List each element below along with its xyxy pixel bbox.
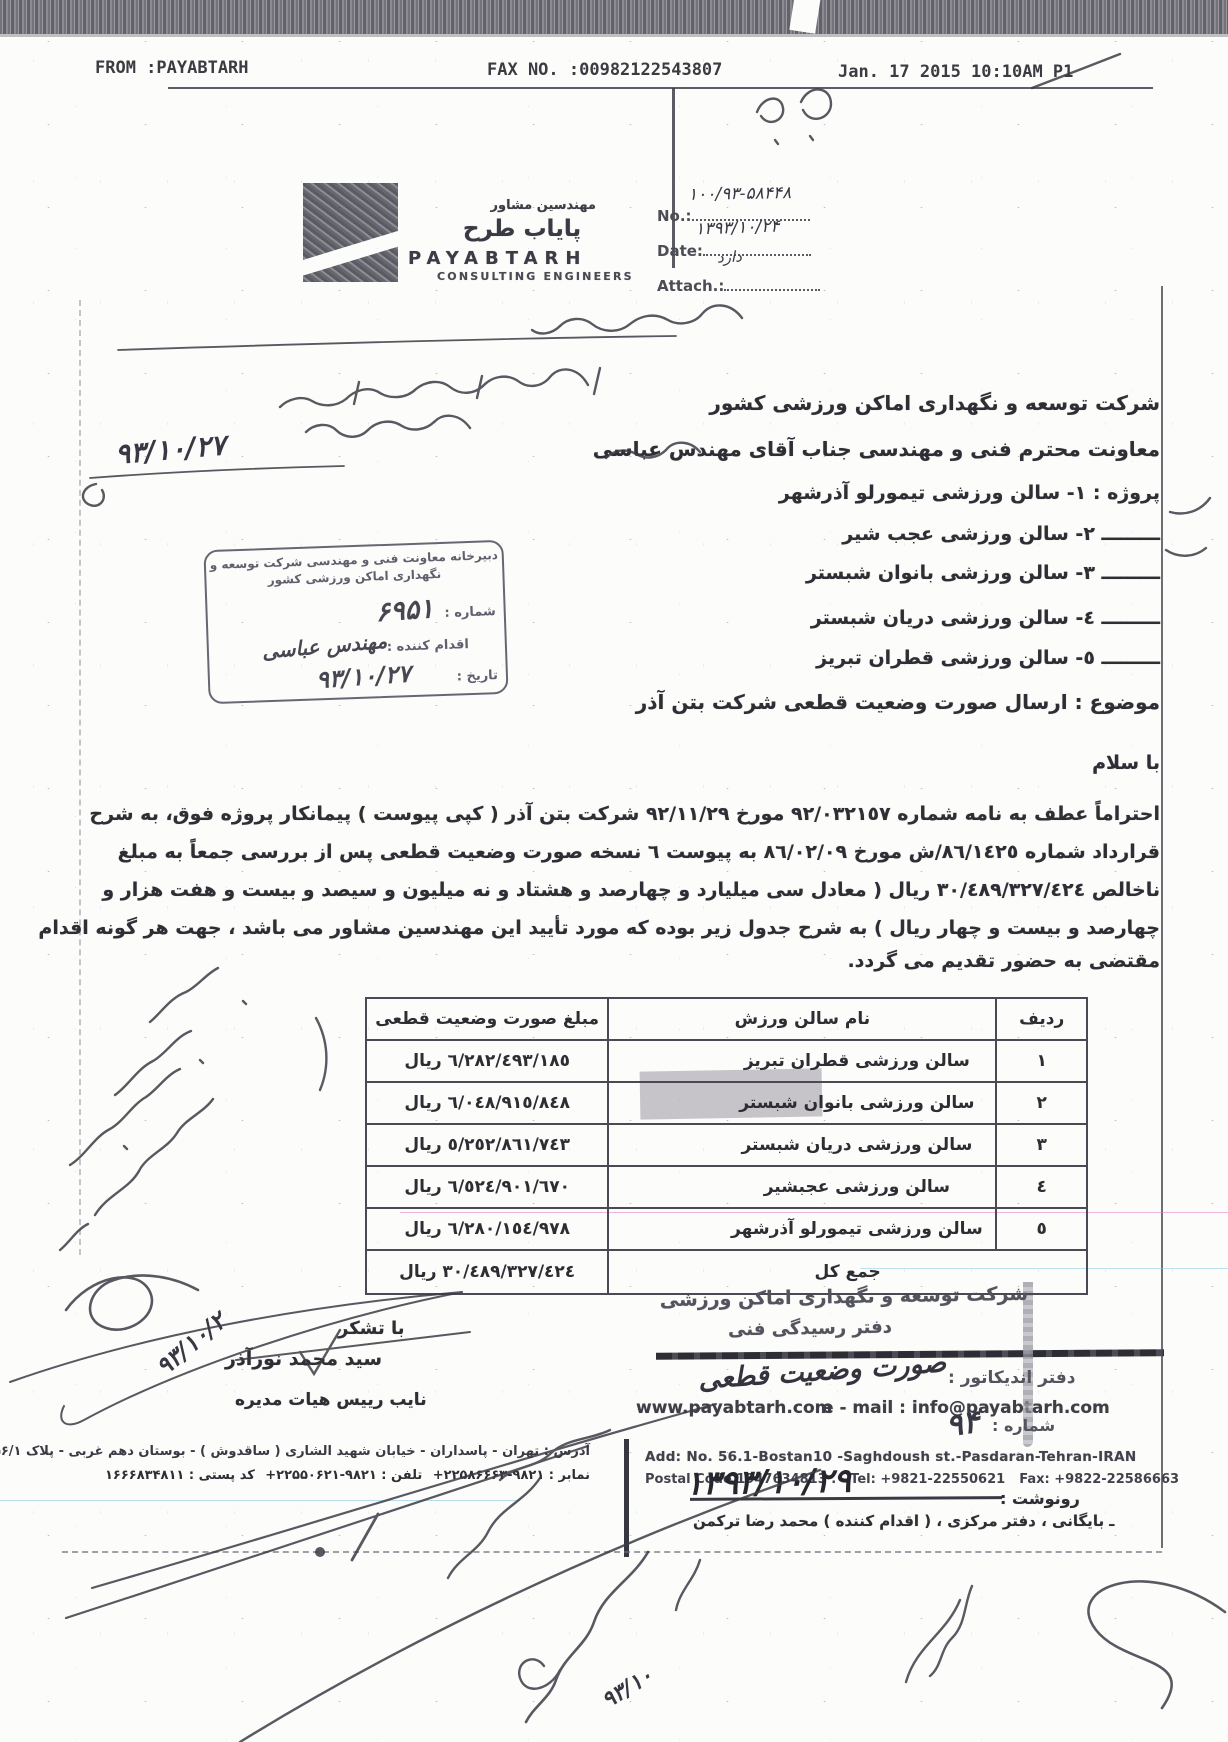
recipient-line-1: شرکت توسعه و نگهداری اماکن ورزشی کشور	[709, 391, 1160, 415]
footer-en-fax: Fax: +9822-22586663	[1019, 1472, 1179, 1487]
signature-thanks: با تشکر	[338, 1318, 405, 1339]
row3-name: سالن ورزشی دریان شبستر	[608, 1124, 996, 1166]
signature-name: سید محمد نورآذر	[225, 1348, 382, 1370]
project-line-4: ـــــــــ ٤- سالن ورزشی دریان شبستر	[811, 607, 1160, 629]
total-amount: ٣٠/٤٨٩/٣٢٧/٤٢٤ ریال	[366, 1250, 608, 1294]
footer-en-tel: Tel: +9821-22550621	[850, 1472, 1005, 1487]
date-value-handwritten: ۱۳۹۳/۱۰/۲۴	[695, 217, 780, 240]
footer-stamp-date: ۱۳۹۳/۱۰/۲۹	[685, 1461, 852, 1503]
signature-title: نایب رییس هیات مدیره	[235, 1390, 427, 1410]
date-label: Date:	[657, 242, 703, 260]
row2-name: سالن ورزشی بانوان شبستر	[608, 1082, 996, 1124]
attach-label: Attach.:	[657, 277, 724, 295]
row1-amount: ٦/٢٨٢/٤٩٣/١٨٥ ریال	[366, 1040, 608, 1082]
fax-datetime: Jan. 17 2015 10:10AM P1	[838, 62, 1073, 82]
footer-fa-fax: نمابر : ۹۸۲۱-۲۲۵۸۶۶۶۳+	[433, 1468, 590, 1483]
col-header-name: نام سالن ورزش	[608, 998, 996, 1040]
recipient-line-2: معاونت محترم فنی و مهندسی جناب آقای مهند…	[593, 437, 1160, 461]
body-line-2: قرارداد شماره ٨٦/١٤٢٥/ش مورخ ٨٦/٠٢/٠٩ به…	[118, 841, 1160, 863]
bottom-dashed-rule	[62, 1551, 1162, 1553]
row4-no: ٤	[996, 1166, 1087, 1208]
row5-no: ٥	[996, 1208, 1087, 1250]
salutation: با سلام	[1092, 752, 1160, 774]
footer-fa-codes: کد پستی : ۱۶۶۶۸۳۴۸۱۱ تلفن : ۹۸۲۱-۲۲۵۵۰۶۲…	[105, 1468, 590, 1483]
annotation-date: ۹۳/۱۰/۲۷	[114, 428, 227, 471]
logo-fa-main: پایاب طرح	[462, 216, 582, 242]
secretariat-stamp: دبیرخانه معاونت فنی و مهندسی شرکت توسعه …	[203, 540, 508, 704]
fax-number: FAX NO. :00982122543807	[487, 60, 722, 80]
fax-document-page: FROM :PAYABTARH FAX NO. :00982122543807 …	[0, 0, 1228, 1742]
bottom-hand-date: ۹۳/۱۰	[598, 1663, 658, 1714]
indicator-label: دفتر اندیکاتور :	[948, 1368, 1076, 1388]
cc-line: ـ بایگانی ، دفتر مرکزی ، ( اقدام کننده )…	[693, 1512, 1114, 1530]
stamp-number-label: شماره :	[992, 1416, 1055, 1435]
row3-amount: ٥/٢٥٢/٨٦١/٧٤٣ ریال	[366, 1124, 608, 1166]
website: www.payabtarh.com	[636, 1398, 832, 1418]
payabtarh-logo-icon	[303, 183, 398, 282]
secretariat-date-label: تاریخ :	[456, 668, 498, 684]
col-header-amount: مبلغ صورت وضعیت قطعی	[366, 998, 608, 1040]
row5-amount: ٦/٢٨٠/١٥٤/٩٧٨ ریال	[366, 1208, 608, 1250]
table-row: ٥ سالن ورزشی تیمورلو آذرشهر ٦/٢٨٠/١٥٤/٩٧…	[366, 1208, 1087, 1250]
project-line-1: پروژه : ۱- سالن ورزشی تیمورلو آذرشهر	[779, 482, 1160, 504]
logo-fa-top: مهندسین مشاور	[500, 198, 596, 213]
row5-name: سالن ورزشی تیمورلو آذرشهر	[608, 1208, 996, 1250]
row4-name: سالن ورزشی عجبشیر	[608, 1166, 996, 1208]
attach-value-handwritten: دارد	[717, 247, 743, 266]
project-line-3: ـــــــــ ۳- سالن ورزشی بانوان شبستر	[806, 562, 1160, 584]
footer-fa-postal: کد پستی : ۱۶۶۶۸۳۴۸۱۱	[105, 1468, 255, 1483]
footer-fa-address: آدرس : تهران - پاسداران - خیابان شهید ال…	[90, 1444, 590, 1459]
row2-amount: ٦/٠٤٨/٩١٥/٨٤٨ ریال	[366, 1082, 608, 1124]
body-line-5: مقتضی به حضور تقدیم می گردد.	[847, 950, 1160, 972]
stamp-number-value: ۹۴	[944, 1404, 982, 1444]
table-row: ۱ سالن ورزشی قطران تبریز ٦/٢٨٢/٤٩٣/١٨٥ ر…	[366, 1040, 1087, 1082]
col-header-row-no: ردیف	[996, 998, 1087, 1040]
row2-no: ۲	[996, 1082, 1087, 1124]
row1-name: سالن ورزشی قطران تبریز	[608, 1040, 996, 1082]
row4-amount: ٦/٥٢٤/٩٠١/٦٧٠ ریال	[366, 1166, 608, 1208]
header-rule	[168, 87, 1153, 89]
table-row: ٤ سالن ورزشی عجبشیر ٦/٥٢٤/٩٠١/٦٧٠ ریال	[366, 1166, 1087, 1208]
subject-line: موضوع : ارسال صورت وضعیت قطعی شرکت بتن آ…	[636, 690, 1160, 714]
scan-artifact-line	[0, 1500, 520, 1501]
attach-dots	[724, 276, 820, 291]
noise-notch	[789, 0, 820, 34]
row1-no: ۱	[996, 1040, 1087, 1082]
project-line-5: ـــــــــ ٥- سالن ورزشی قطران تبریز	[816, 647, 1160, 669]
left-margin-line	[79, 300, 81, 1255]
logo-en: PAYABTARH	[408, 248, 587, 269]
table-header-row: ردیف نام سالن ورزش مبلغ صورت وضعیت قطعی	[366, 998, 1087, 1040]
table-row: ۲ سالن ورزشی بانوان شبستر ٦/٠٤٨/٩١٥/٨٤٨ …	[366, 1082, 1087, 1124]
logo-en-sub: CONSULTING ENGINEERS	[437, 270, 634, 283]
secretariat-date-value: ۹۳/۱۰/۲۷	[315, 659, 412, 694]
fax-from: FROM :PAYABTARH	[95, 58, 249, 78]
secretariat-no-label: شماره :	[444, 604, 496, 621]
amounts-table: ردیف نام سالن ورزش مبلغ صورت وضعیت قطعی …	[365, 997, 1088, 1295]
secretariat-actor-value: مهندس عباسی	[261, 629, 388, 664]
no-label: No.:	[657, 207, 692, 225]
body-line-3: ناخالص ٣٠/٤٨٩/٣٢٧/٤٢٤ ریال ( معادل سی می…	[102, 879, 1160, 901]
body-line-1: احتراماً عطف به نامه شماره ٩٢/٠٣٢١٥٧ مور…	[89, 803, 1160, 825]
footer-fa-tel: تلفن : ۹۸۲۱-۲۲۵۵۰۶۲۱+	[265, 1468, 422, 1483]
table-row: ۳ سالن ورزشی دریان شبستر ٥/٢٥٢/٨٦١/٧٤٣ ر…	[366, 1124, 1087, 1166]
footer-divider-bar	[624, 1439, 629, 1557]
logo-slash-icon	[303, 228, 398, 277]
project-line-2: ـــــــــ ۲- سالن ورزشی عجب شیر	[842, 523, 1160, 545]
attach-field: Attach.:	[657, 276, 820, 295]
row3-no: ۳	[996, 1124, 1087, 1166]
secretariat-actor-label: اقدام کننده :	[387, 637, 470, 655]
body-line-4: چهارصد و بیست و چهار ریال ) به شرح جدول …	[38, 917, 1160, 939]
fax-noise-band	[0, 0, 1228, 34]
no-value-handwritten: ۱۰۰/۹۳-۵۸۴۴۸	[688, 183, 792, 205]
approval-stamp-line2: دفتر رسیدگی فنی	[700, 1316, 920, 1341]
secretariat-no-value: ۶۹۵۱	[375, 593, 435, 628]
right-margin-line	[1161, 286, 1163, 1548]
cc-label: رونوشت :	[1000, 1489, 1080, 1508]
signature-hand-date: ۹۳/۱۰/۲	[151, 1307, 232, 1381]
